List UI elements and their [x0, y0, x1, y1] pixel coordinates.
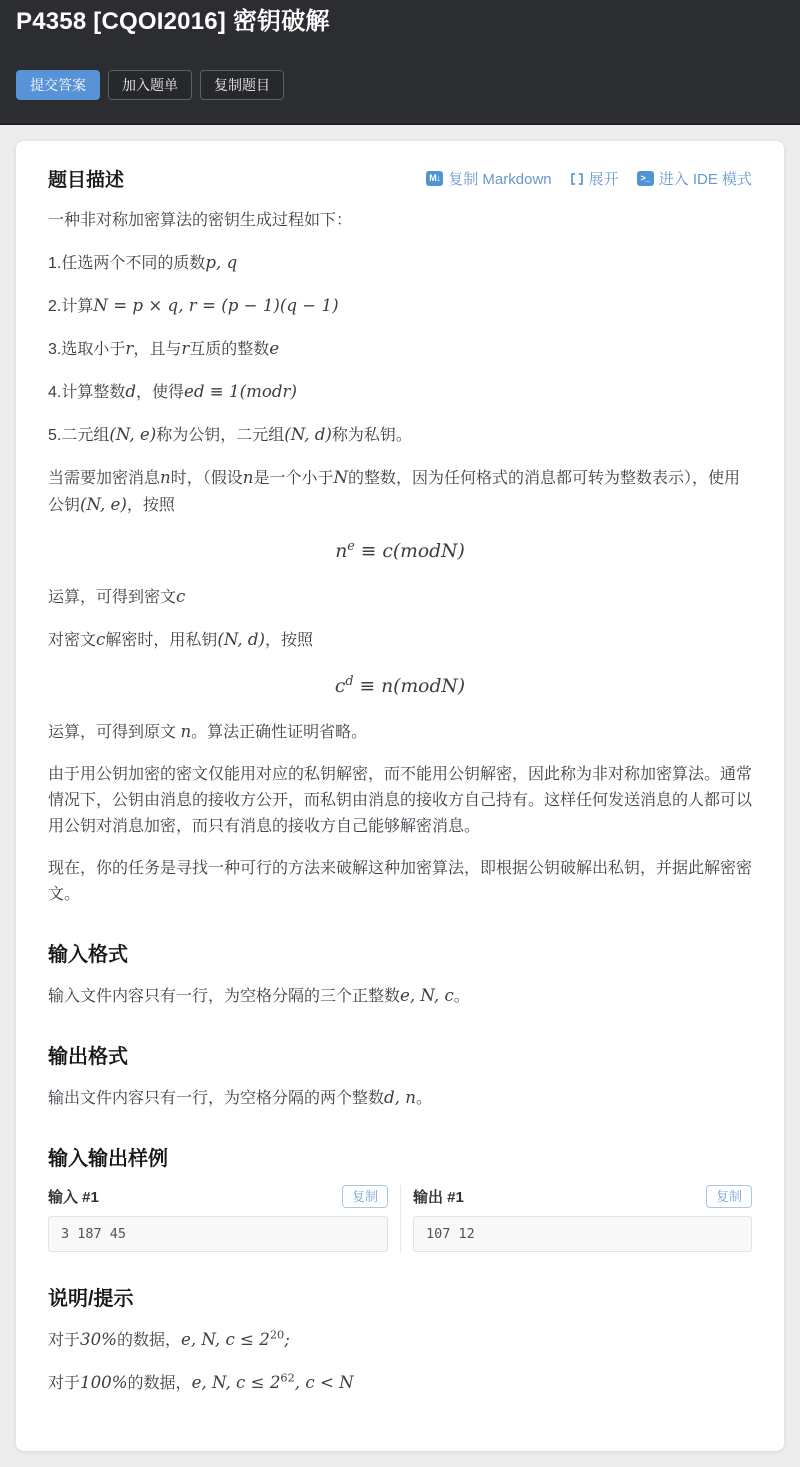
- sample-output-label: 输出 #1: [413, 1186, 464, 1207]
- enter-ide-label: 进入 IDE 模式: [659, 168, 752, 189]
- expand-link[interactable]: 展开: [570, 168, 619, 189]
- header-buttons: 提交答案 加入题单 复制题目: [16, 70, 784, 100]
- paragraph: 运算，可得到原文 n。算法正确性证明省略。: [48, 719, 752, 746]
- paragraph: 4.计算整数d，使得ed ≡ 1(modr): [48, 379, 752, 406]
- sample-output-header: 输出 #1 复制: [413, 1185, 752, 1208]
- paragraph: 现在，你的任务是寻找一种可行的方法来破解这种加密算法，即根据公钥破解出私钥，并据…: [48, 856, 752, 908]
- hint-heading: 说明/提示: [48, 1282, 752, 1311]
- paragraph: 一种非对称加密算法的密钥生成过程如下：: [48, 208, 752, 234]
- paragraph: 2.计算N = p × q, r = (p − 1)(q − 1): [48, 293, 752, 320]
- submit-answer-button[interactable]: 提交答案: [16, 70, 100, 100]
- problem-card: 题目描述 M↓ 复制 Markdown 展开 >_: [16, 141, 784, 1451]
- sample-block: 输入 #1 复制 3 187 45 输出 #1 复制 107 12: [48, 1185, 752, 1252]
- paragraph: 1.任选两个不同的质数p, q: [48, 250, 752, 277]
- copy-markdown-link[interactable]: M↓ 复制 Markdown: [426, 168, 551, 189]
- terminal-icon: >_: [637, 171, 654, 186]
- samples-heading: 输入输出样例: [48, 1142, 752, 1171]
- expand-label: 展开: [589, 168, 619, 189]
- paragraph: 对密文c解密时，用私钥(N, d)，按照: [48, 627, 752, 654]
- hint-paragraph: 对于30%的数据，e, N, c ≤ 220;: [48, 1327, 752, 1354]
- paragraph: 3.选取小于r，且与r互质的整数e: [48, 336, 752, 363]
- markdown-icon: M↓: [426, 171, 443, 186]
- description-section: 一种非对称加密算法的密钥生成过程如下： 1.任选两个不同的质数p, q 2.计算…: [48, 208, 752, 908]
- sample-input-header: 输入 #1 复制: [48, 1185, 388, 1208]
- copy-sample-output-button[interactable]: 复制: [706, 1185, 752, 1208]
- hint-paragraph: 对于100%的数据，e, N, c ≤ 262, c < N: [48, 1370, 752, 1397]
- card-actions: M↓ 复制 Markdown 展开 >_ 进入 IDE 模式: [426, 168, 752, 189]
- copy-markdown-label: 复制 Markdown: [448, 168, 551, 189]
- output-format-text: 输出文件内容只有一行，为空格分隔的两个整数d, n。: [48, 1085, 752, 1112]
- paragraph: 5.二元组(N, e)称为公钥，二元组(N, d)称为私钥。: [48, 422, 752, 449]
- add-to-problem-list-button[interactable]: 加入题单: [108, 70, 192, 100]
- enter-ide-link[interactable]: >_ 进入 IDE 模式: [637, 168, 752, 189]
- input-format-text: 输入文件内容只有一行，为空格分隔的三个正整数e, N, c。: [48, 983, 752, 1010]
- expand-icon: [570, 172, 584, 186]
- sample-input-code: 3 187 45: [48, 1216, 388, 1252]
- paragraph: 运算，可得到密文c: [48, 584, 752, 611]
- copy-problem-button[interactable]: 复制题目: [200, 70, 284, 100]
- copy-sample-input-button[interactable]: 复制: [342, 1185, 388, 1208]
- page-header: P4358 [CQOI2016] 密钥破解 提交答案 加入题单 复制题目: [0, 0, 800, 125]
- decrypt-formula: cd ≡ n(modN): [48, 676, 752, 697]
- encrypt-formula: ne ≡ c(modN): [48, 541, 752, 562]
- paragraph: 当需要加密消息n时，（假设n是一个小于N的整数，因为任何格式的消息都可转为整数表…: [48, 465, 752, 519]
- input-format-heading: 输入格式: [48, 938, 752, 967]
- sample-input-column: 输入 #1 复制 3 187 45: [48, 1185, 400, 1252]
- output-format-heading: 输出格式: [48, 1040, 752, 1069]
- paragraph: 由于用公钥加密的密文仅能用对应的私钥解密，而不能用公钥解密，因此称为非对称加密算…: [48, 762, 752, 840]
- sample-output-column: 输出 #1 复制 107 12: [400, 1185, 752, 1252]
- card-header: 题目描述 M↓ 复制 Markdown 展开 >_: [48, 165, 752, 192]
- page-body: 题目描述 M↓ 复制 Markdown 展开 >_: [0, 125, 800, 1467]
- sample-input-label: 输入 #1: [48, 1186, 99, 1207]
- sample-output-code: 107 12: [413, 1216, 752, 1252]
- problem-title: P4358 [CQOI2016] 密钥破解: [16, 6, 784, 38]
- description-heading: 题目描述: [48, 165, 124, 192]
